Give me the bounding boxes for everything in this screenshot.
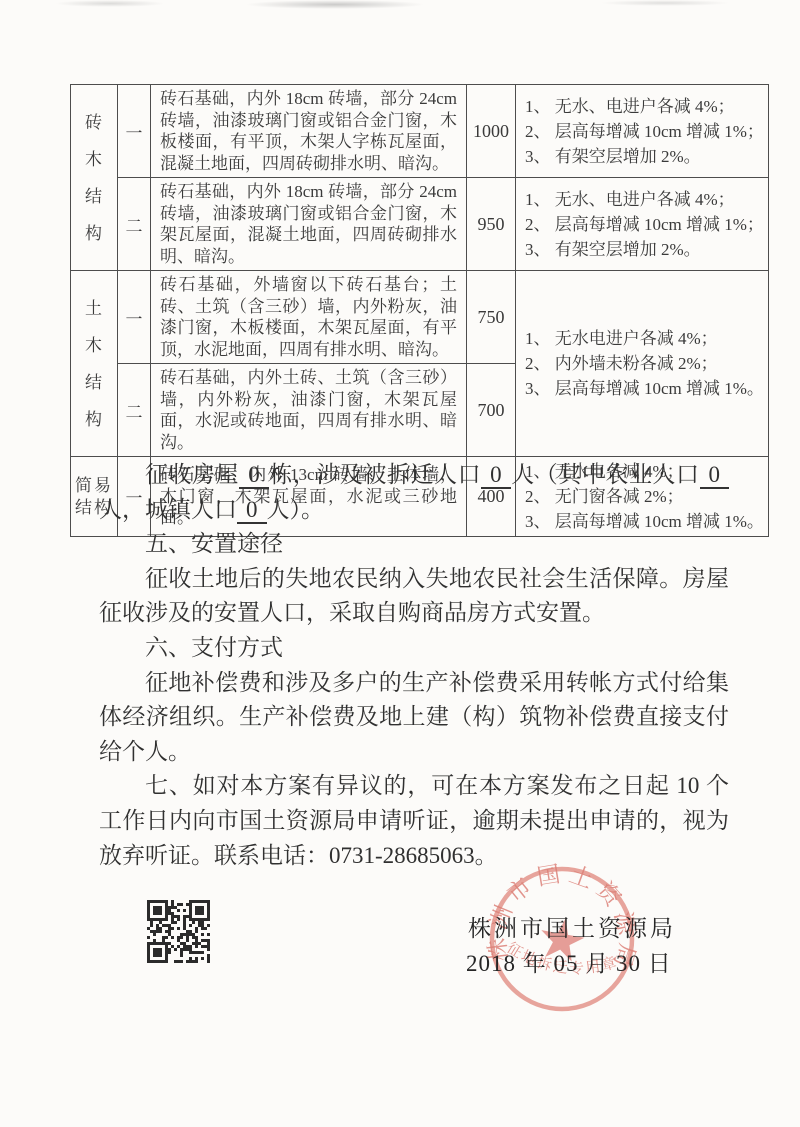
remark-line: 2、 内外墙未粉各减 2%；	[525, 351, 764, 376]
description-cell: 砖石基础，内外土砖、土筑（含三砂）墙，内外粉灰，油漆门窗，木架瓦屋面，水泥或砖地…	[151, 364, 467, 457]
description-cell: 砖石基础，内外 18cm 砖墙，部分 24cm 砖墙，油漆玻璃门窗或铝合金门窗，…	[151, 85, 467, 178]
grade-cell: 二	[118, 178, 151, 271]
description-cell: 砖石基础，外墙窗以下砖石基台；土砖、土筑（含三砂）墙，内外粉灰，油漆门窗，木板楼…	[151, 271, 467, 364]
remarks-cell: 1、 无水电进户各减 4%； 2、 内外墙未粉各减 2%； 3、 层高每增减 1…	[516, 271, 769, 457]
text-segment: 人（其中农业人口	[511, 462, 700, 487]
scan-smudge	[245, 0, 425, 9]
heading-section-6: 六、支付方式	[99, 631, 729, 666]
text-segment: 人）。	[267, 497, 325, 522]
structure-cell-brick-wood: 砖 木 结 构	[71, 85, 118, 271]
qr-code-icon	[147, 900, 210, 963]
scan-smudge	[600, 0, 730, 6]
price-cell: 700	[467, 364, 516, 457]
blank-number: 0	[481, 462, 511, 489]
paragraph-resettlement: 征收土地后的失地农民纳入失地农民社会生活保障。房屋征收涉及的安置人口，采取自购商…	[99, 562, 729, 631]
structure-label: 砖 木 结 构	[72, 104, 116, 252]
structure-cell-earth-wood: 土 木 结 构	[71, 271, 118, 457]
signature-agency: 株洲市国土资源局	[468, 910, 676, 943]
signature-date: 2018 年 05 月 30 日	[466, 945, 672, 978]
remarks-cell: 1、 无水、电进户各减 4%； 2、 层高每增减 10cm 增减 1%； 3、 …	[516, 178, 769, 271]
remark-line: 3、 有架空层增加 2%。	[525, 237, 764, 262]
table-row: 土 木 结 构 一 砖石基础，外墙窗以下砖石基台；土砖、土筑（含三砂）墙，内外粉…	[71, 271, 769, 364]
remark-line: 1、 无水电进户各减 4%；	[525, 326, 764, 351]
body-text: 征收房屋0栋，涉及被拆迁人口0人（其中农业人口0人，城镇人口0人）。 五、安置途…	[99, 458, 729, 873]
paragraph-housing-stats: 征收房屋0栋，涉及被拆迁人口0人（其中农业人口0人，城镇人口0人）。	[99, 458, 729, 527]
price-cell: 750	[467, 271, 516, 364]
text-segment: 人，城镇人口	[99, 497, 237, 522]
price-cell: 950	[467, 178, 516, 271]
scanned-document-page: 砖 木 结 构 一 砖石基础，内外 18cm 砖墙，部分 24cm 砖墙，油漆玻…	[0, 0, 800, 1127]
grade-cell: 一	[118, 85, 151, 178]
scan-smudge	[55, 0, 165, 7]
blank-number: 0	[237, 497, 267, 524]
remarks-cell: 1、 无水、电进户各减 4%； 2、 层高每增减 10cm 增减 1%； 3、 …	[516, 85, 769, 178]
price-cell: 1000	[467, 85, 516, 178]
structure-label: 土 木 结 构	[72, 290, 116, 438]
heading-section-5: 五、安置途径	[99, 527, 729, 562]
grade-cell: 一	[118, 271, 151, 364]
table-row: 砖 木 结 构 一 砖石基础，内外 18cm 砖墙，部分 24cm 砖墙，油漆玻…	[71, 85, 769, 178]
remark-line: 2、 层高每增减 10cm 增减 1%；	[525, 119, 764, 144]
remark-line: 1、 无水、电进户各减 4%；	[525, 187, 764, 212]
blank-number: 0	[700, 462, 730, 489]
remark-line: 1、 无水、电进户各减 4%；	[525, 94, 764, 119]
text-segment: 征收房屋	[145, 462, 239, 487]
remark-line: 3、 层高每增减 10cm 增减 1%。	[525, 376, 764, 401]
description-cell: 砖石基础，内外 18cm 砖墙，部分 24cm 砖墙，油漆玻璃门窗或铝合金门窗，…	[151, 178, 467, 271]
remark-line: 3、 有架空层增加 2%。	[525, 144, 764, 169]
remark-line: 2、 层高每增减 10cm 增减 1%；	[525, 212, 764, 237]
grade-cell: 二	[118, 364, 151, 457]
text-segment: 栋，涉及被拆迁人口	[269, 462, 481, 487]
table-row: 二 砖石基础，内外 18cm 砖墙，部分 24cm 砖墙，油漆玻璃门窗或铝合金门…	[71, 178, 769, 271]
paragraph-payment: 征地补偿费和涉及多户的生产补偿费采用转帐方式付给集体经济组织。生产补偿费及地上建…	[99, 666, 729, 770]
blank-number: 0	[239, 462, 269, 489]
